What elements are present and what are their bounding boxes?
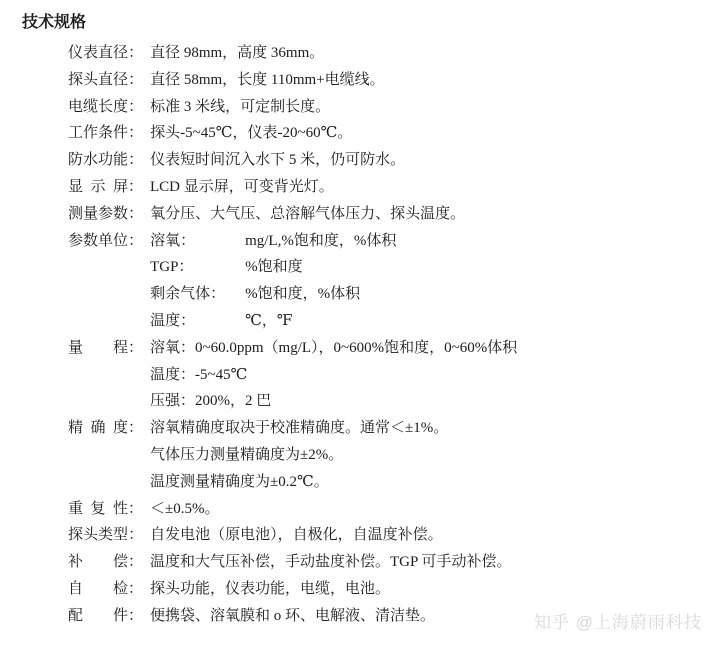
spec-content: 温度和大气压补偿，手动盐度补偿。TGP 可手动补偿。 bbox=[143, 549, 720, 576]
label-colon: ： bbox=[128, 67, 143, 94]
label-colon: ： bbox=[128, 174, 143, 201]
page-title: 技术规格 bbox=[0, 0, 720, 33]
spec-label: 工作条件 bbox=[68, 120, 128, 147]
spec-label-char: 件 bbox=[113, 603, 128, 630]
spec-label-char: 直 bbox=[98, 67, 113, 94]
spec-label: 防水功能 bbox=[68, 147, 128, 174]
spec-label-char: 数 bbox=[113, 201, 128, 228]
spec-value: 探头-5~45℃，仪表-20~60℃。 bbox=[150, 120, 720, 147]
spec-content: 溶氧：mg/L,%饱和度，%体积TGP：%饱和度剩余气体：%饱和度，%体积温度：… bbox=[143, 228, 720, 335]
unit-name: TGP： bbox=[150, 254, 245, 281]
spec-value: 自发电池（原电池），自极化，自温度补偿。 bbox=[150, 522, 720, 549]
spec-value: ＜±0.5%。 bbox=[150, 496, 720, 523]
unit-name: 溶氧： bbox=[150, 228, 245, 255]
spec-label-char: 确 bbox=[90, 415, 105, 442]
spec-label-char: 数 bbox=[83, 228, 98, 255]
spec-label-char: 自 bbox=[68, 576, 83, 603]
spec-label-char: 直 bbox=[98, 40, 113, 67]
label-colon: ： bbox=[128, 94, 143, 121]
spec-value-line: 温度：-5~45℃ bbox=[150, 362, 720, 389]
spec-label: 补偿 bbox=[68, 549, 128, 576]
spec-label-char: 径 bbox=[113, 67, 128, 94]
spec-label-char: 度 bbox=[113, 94, 128, 121]
spec-label-char: 件 bbox=[113, 120, 128, 147]
spec-content: 探头功能，仪表功能，电缆，电池。 bbox=[143, 576, 720, 603]
spec-content: 直径 58mm，长度 110mm+电缆线。 bbox=[143, 67, 720, 94]
label-colon: ： bbox=[128, 228, 143, 255]
label-colon: ： bbox=[128, 576, 143, 603]
unit-name: 温度： bbox=[150, 308, 245, 335]
unit-row: 溶氧：mg/L,%饱和度，%体积 bbox=[150, 228, 720, 255]
spec-label: 显示屏 bbox=[68, 174, 128, 201]
unit-value: %饱和度，%体积 bbox=[245, 281, 720, 308]
spec-label: 配件 bbox=[68, 603, 128, 630]
spec-row: 探头类型：自发电池（原电池），自极化，自温度补偿。 bbox=[68, 522, 720, 549]
unit-name: 剩余气体： bbox=[150, 281, 245, 308]
spec-label-char: 重 bbox=[68, 496, 83, 523]
spec-label: 电缆长度 bbox=[68, 94, 128, 121]
spec-content: ＜±0.5%。 bbox=[143, 496, 720, 523]
spec-row: 防水功能：仪表短时间沉入水下 5 米，仍可防水。 bbox=[68, 147, 720, 174]
unit-row: 剩余气体：%饱和度，%体积 bbox=[150, 281, 720, 308]
spec-value: 探头功能，仪表功能，电缆，电池。 bbox=[150, 576, 720, 603]
spec-list: 仪表直径：直径 98mm，高度 36mm。探头直径：直径 58mm，长度 110… bbox=[68, 40, 720, 630]
label-colon: ： bbox=[128, 120, 143, 147]
spec-value: LCD 显示屏，可变背光灯。 bbox=[150, 174, 720, 201]
label-colon: ： bbox=[128, 603, 143, 630]
spec-content: 氧分压、大气压、总溶解气体压力、探头温度。 bbox=[143, 201, 720, 228]
spec-row: 显示屏：LCD 显示屏，可变背光灯。 bbox=[68, 174, 720, 201]
spec-label-char: 显 bbox=[68, 174, 83, 201]
spec-label: 量程 bbox=[68, 335, 128, 362]
spec-value-line: 溶氧：0~60.0ppm（mg/L），0~600%饱和度，0~60%体积 bbox=[150, 335, 720, 362]
spec-label-char: 径 bbox=[113, 40, 128, 67]
spec-label: 探头直径 bbox=[68, 67, 128, 94]
spec-content: 标准 3 米线，可定制长度。 bbox=[143, 94, 720, 121]
spec-row: 精确度：溶氧精确度取决于校准精确度。通常＜±1%。气体压力测量精确度为±2%。温… bbox=[68, 415, 720, 495]
spec-value-line: 溶氧精确度取决于校准精确度。通常＜±1%。 bbox=[150, 415, 720, 442]
label-colon: ： bbox=[128, 147, 143, 174]
spec-label-char: 精 bbox=[68, 415, 83, 442]
spec-content: 自发电池（原电池），自极化，自温度补偿。 bbox=[143, 522, 720, 549]
spec-label-char: 参 bbox=[98, 201, 113, 228]
spec-value: 标准 3 米线，可定制长度。 bbox=[150, 94, 720, 121]
spec-label: 参数单位 bbox=[68, 228, 128, 255]
spec-label-char: 能 bbox=[113, 147, 128, 174]
spec-label-char: 屏 bbox=[113, 174, 128, 201]
spec-label-char: 水 bbox=[83, 147, 98, 174]
spec-label-char: 功 bbox=[98, 147, 113, 174]
spec-content: 直径 98mm，高度 36mm。 bbox=[143, 40, 720, 67]
spec-row: 重复性：＜±0.5%。 bbox=[68, 496, 720, 523]
spec-row: 补偿：温度和大气压补偿，手动盐度补偿。TGP 可手动补偿。 bbox=[68, 549, 720, 576]
spec-content: 溶氧：0~60.0ppm（mg/L），0~600%饱和度，0~60%体积温度：-… bbox=[143, 335, 720, 415]
spec-value: 温度和大气压补偿，手动盐度补偿。TGP 可手动补偿。 bbox=[150, 549, 720, 576]
spec-label: 测量参数 bbox=[68, 201, 128, 228]
spec-label-char: 仪 bbox=[68, 40, 83, 67]
spec-value-line: 气体压力测量精确度为±2%。 bbox=[150, 442, 720, 469]
spec-row: 探头直径：直径 58mm，长度 110mm+电缆线。 bbox=[68, 67, 720, 94]
spec-label-char: 条 bbox=[98, 120, 113, 147]
spec-label-char: 头 bbox=[83, 67, 98, 94]
spec-label-char: 探 bbox=[68, 522, 83, 549]
unit-value: mg/L,%饱和度，%体积 bbox=[245, 228, 720, 255]
spec-label-char: 补 bbox=[68, 549, 83, 576]
spec-label-char: 复 bbox=[90, 496, 105, 523]
spec-row: 工作条件：探头-5~45℃，仪表-20~60℃。 bbox=[68, 120, 720, 147]
spec-label-char: 单 bbox=[98, 228, 113, 255]
spec-label: 自检 bbox=[68, 576, 128, 603]
spec-document: 技术规格 仪表直径：直径 98mm，高度 36mm。探头直径：直径 58mm，长… bbox=[0, 0, 720, 646]
spec-label-char: 度 bbox=[113, 415, 128, 442]
spec-label-char: 防 bbox=[68, 147, 83, 174]
spec-label-char: 探 bbox=[68, 67, 83, 94]
spec-label-char: 位 bbox=[113, 228, 128, 255]
spec-label-char: 偿 bbox=[113, 549, 128, 576]
spec-value-line: 温度测量精确度为±0.2℃。 bbox=[150, 469, 720, 496]
spec-content: 溶氧精确度取决于校准精确度。通常＜±1%。气体压力测量精确度为±2%。温度测量精… bbox=[143, 415, 720, 495]
unit-value: %饱和度 bbox=[245, 254, 720, 281]
label-colon: ： bbox=[128, 40, 143, 67]
spec-label-char: 量 bbox=[68, 335, 83, 362]
unit-row: TGP：%饱和度 bbox=[150, 254, 720, 281]
label-colon: ： bbox=[128, 522, 143, 549]
spec-row: 仪表直径：直径 98mm，高度 36mm。 bbox=[68, 40, 720, 67]
spec-row: 测量参数：氧分压、大气压、总溶解气体压力、探头温度。 bbox=[68, 201, 720, 228]
spec-label-char: 工 bbox=[68, 120, 83, 147]
spec-label: 仪表直径 bbox=[68, 40, 128, 67]
spec-label-char: 电 bbox=[68, 94, 83, 121]
spec-content: 探头-5~45℃，仪表-20~60℃。 bbox=[143, 120, 720, 147]
watermark: 知乎 @上海蔚雨科技 bbox=[534, 608, 702, 633]
spec-value: 仪表短时间沉入水下 5 米，仍可防水。 bbox=[150, 147, 720, 174]
spec-label-char: 长 bbox=[98, 94, 113, 121]
spec-label-char: 作 bbox=[83, 120, 98, 147]
spec-label-char: 量 bbox=[83, 201, 98, 228]
spec-value: 直径 58mm，长度 110mm+电缆线。 bbox=[150, 67, 720, 94]
spec-value: 氧分压、大气压、总溶解气体压力、探头温度。 bbox=[150, 201, 720, 228]
spec-label-char: 示 bbox=[90, 174, 105, 201]
label-colon: ： bbox=[128, 496, 143, 523]
spec-content: 仪表短时间沉入水下 5 米，仍可防水。 bbox=[143, 147, 720, 174]
spec-row: 自检：探头功能，仪表功能，电缆，电池。 bbox=[68, 576, 720, 603]
spec-label: 精确度 bbox=[68, 415, 128, 442]
label-colon: ： bbox=[128, 335, 143, 362]
spec-label-char: 配 bbox=[68, 603, 83, 630]
label-colon: ： bbox=[128, 201, 143, 228]
spec-content: LCD 显示屏，可变背光灯。 bbox=[143, 174, 720, 201]
spec-label-char: 检 bbox=[113, 576, 128, 603]
spec-label-char: 性 bbox=[113, 496, 128, 523]
spec-label-char: 程 bbox=[113, 335, 128, 362]
spec-label-char: 参 bbox=[68, 228, 83, 255]
label-colon: ： bbox=[128, 415, 143, 442]
unit-row: 温度：℃，℉ bbox=[150, 308, 720, 335]
label-colon: ： bbox=[128, 549, 143, 576]
spec-row: 参数单位：溶氧：mg/L,%饱和度，%体积TGP：%饱和度剩余气体：%饱和度，%… bbox=[68, 228, 720, 335]
spec-label-char: 表 bbox=[83, 40, 98, 67]
spec-row: 量程：溶氧：0~60.0ppm（mg/L），0~600%饱和度，0~60%体积温… bbox=[68, 335, 720, 415]
spec-label-char: 缆 bbox=[83, 94, 98, 121]
spec-row: 电缆长度：标准 3 米线，可定制长度。 bbox=[68, 94, 720, 121]
spec-label: 重复性 bbox=[68, 496, 128, 523]
spec-value: 直径 98mm，高度 36mm。 bbox=[150, 40, 720, 67]
spec-label-char: 类 bbox=[98, 522, 113, 549]
spec-label-char: 头 bbox=[83, 522, 98, 549]
spec-label-char: 型 bbox=[113, 522, 128, 549]
spec-label: 探头类型 bbox=[68, 522, 128, 549]
unit-value: ℃，℉ bbox=[245, 308, 720, 335]
spec-value-line: 压强：200%，2 巴 bbox=[150, 388, 720, 415]
spec-label-char: 测 bbox=[68, 201, 83, 228]
